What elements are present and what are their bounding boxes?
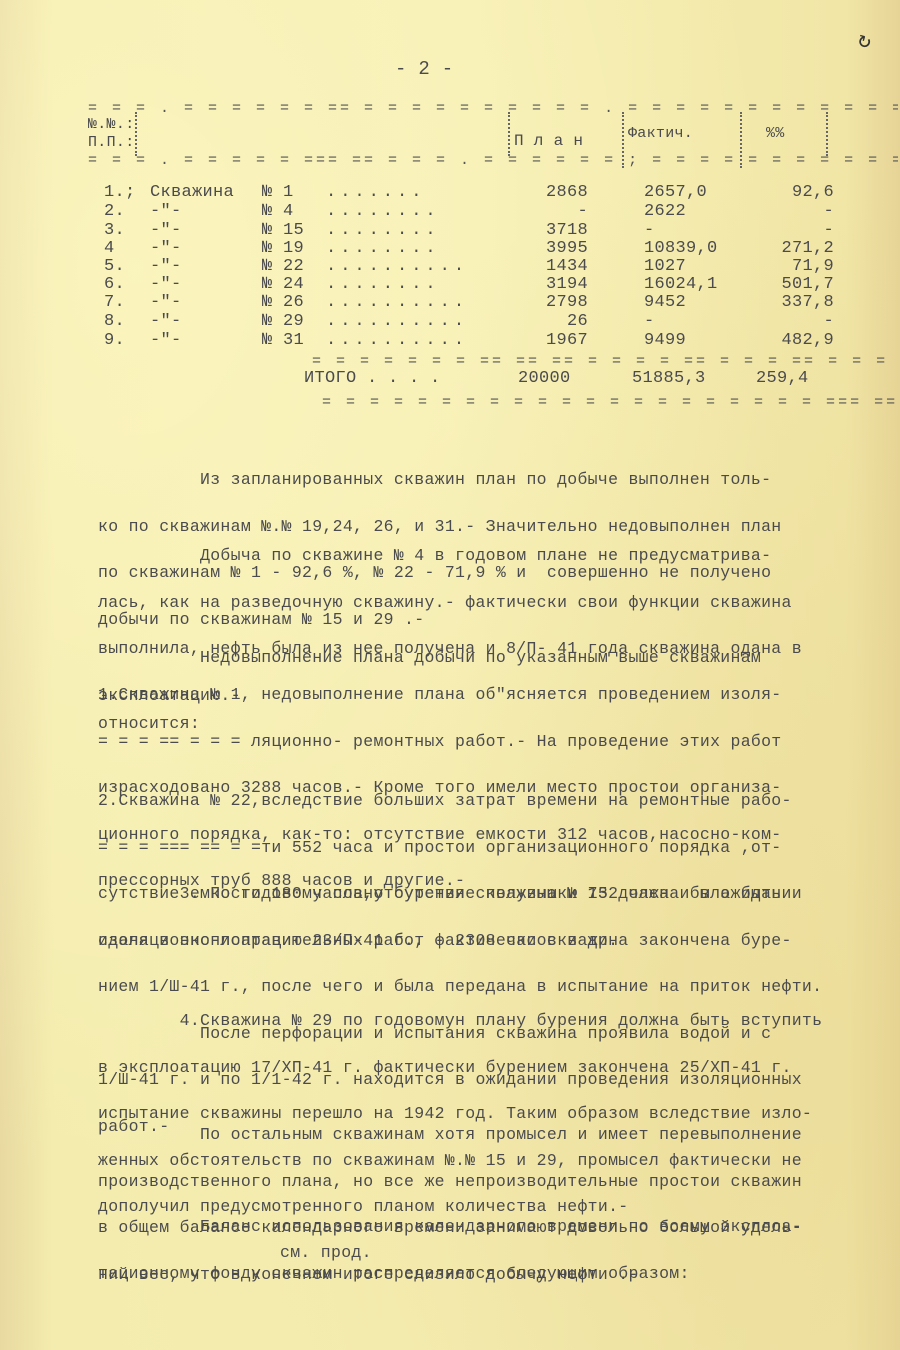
col-separator — [740, 112, 742, 168]
total-fact: 51885,3 — [632, 369, 706, 388]
table-rule-mid: = = = . = = = = = === == = = = . = = = =… — [88, 152, 898, 169]
total-rule-top: = = = = = = = == == == = = = = == = = = … — [312, 353, 900, 370]
total-plan: 20000 — [518, 369, 571, 388]
header-num-line2: П.П.: — [88, 134, 135, 151]
col-separator — [508, 112, 510, 156]
header-pct: %% — [766, 125, 785, 142]
total-pct: 259,4 — [756, 369, 809, 388]
col-separator — [135, 112, 137, 156]
header-fact: Фактич. — [628, 125, 693, 142]
continued-note: см. прод. — [280, 1245, 480, 1261]
col-separator — [826, 112, 828, 156]
header-plan: П л а н — [514, 132, 583, 150]
total-rule-bottom: = = = = = = = = = = = = = = = = = = = = … — [322, 394, 900, 411]
paragraph-calendar-balance: Баланс использования календарного времен… — [98, 1188, 888, 1312]
col-separator — [622, 112, 624, 168]
total-label: ИТОГО . . . . — [304, 369, 441, 388]
header-num-line1: №.№.: — [88, 116, 135, 133]
document-page: - 2 - ↻ = = = . = = = = = = == = = = = =… — [0, 0, 900, 1350]
corner-handwritten-mark: ↻ — [855, 27, 875, 56]
table-rule-top: = = = . = = = = = = == = = = = = = = = =… — [88, 100, 898, 117]
page-number: - 2 - — [395, 58, 454, 80]
